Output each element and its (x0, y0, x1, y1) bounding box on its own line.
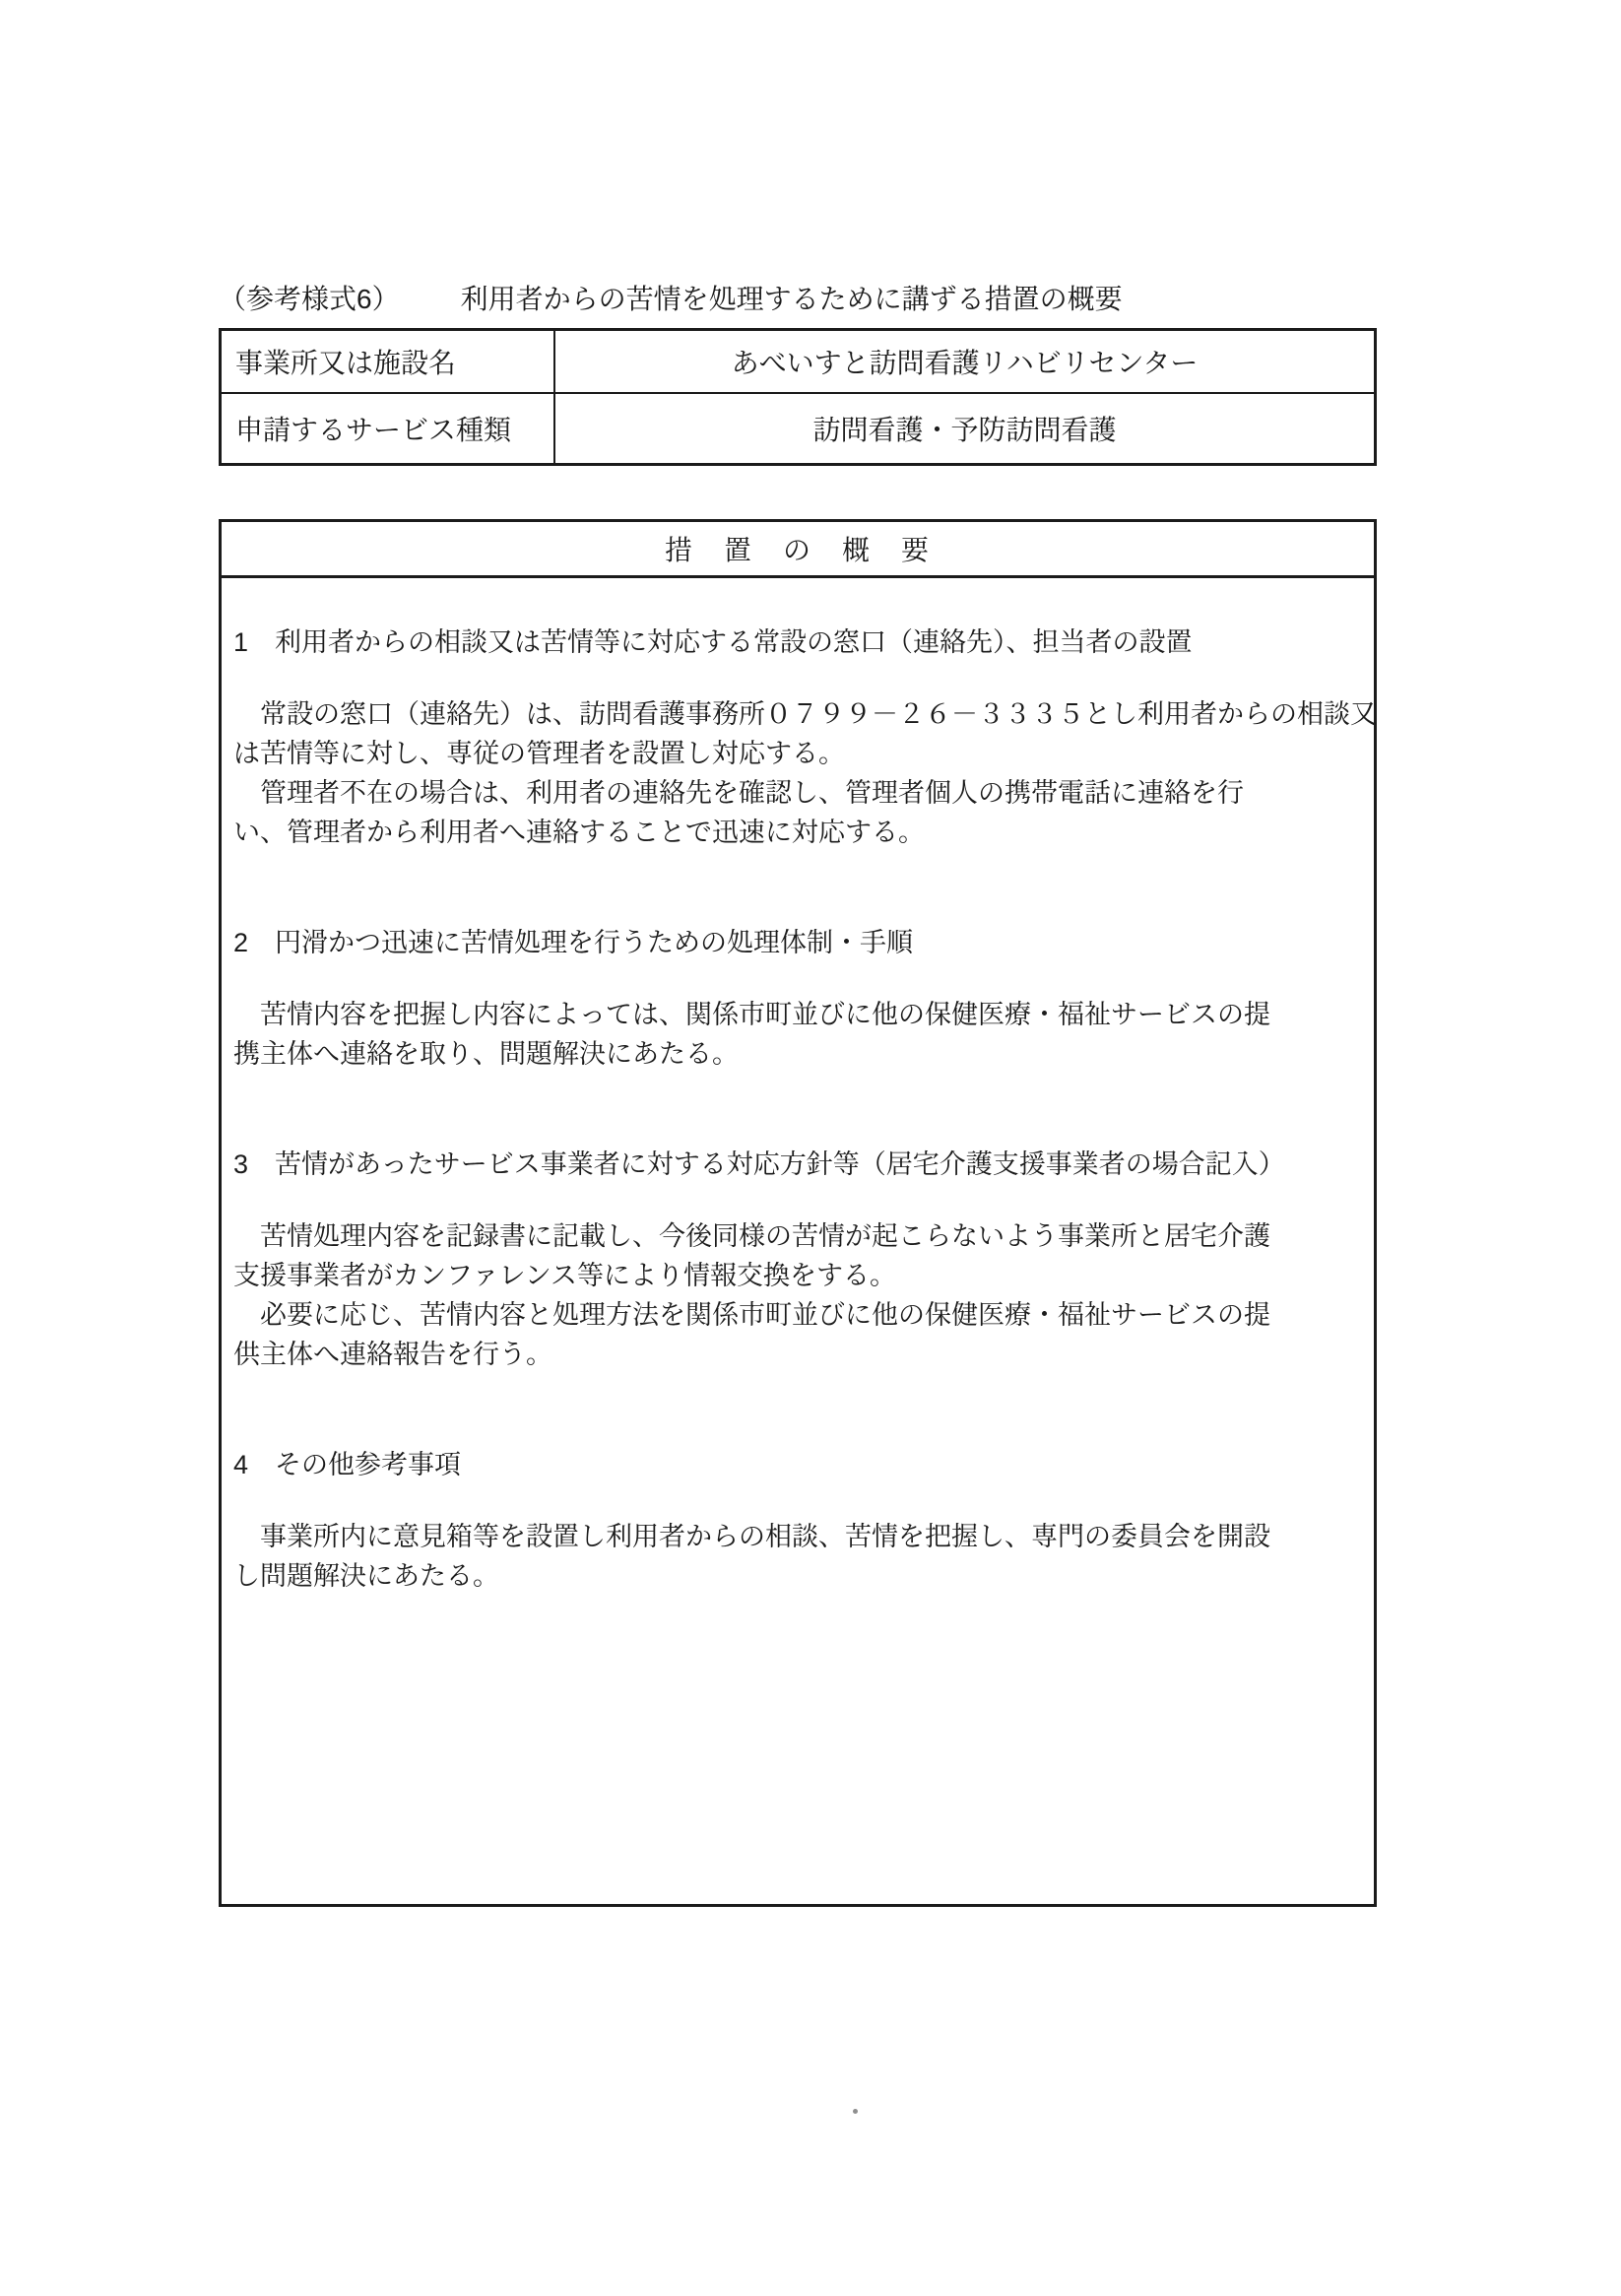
section-contact-window: 1 利用者からの相談又は苦情等に対応する常設の窓口（連絡先）、担当者の設置 常設… (233, 623, 1370, 852)
section-other-notes: 4 その他参考事項 事業所内に意見箱等を設置し利用者からの相談、苦情を把握し、専… (233, 1445, 1370, 1596)
service-type-label: 申請するサービス種類 (221, 393, 555, 465)
section-2-text: 苦情内容を把握し内容によっては、関係市町並びに他の保健医療・福祉サービスの提 携… (233, 995, 1370, 1074)
section-1-text: 常設の窓口（連絡先）は、訪問看護事務所０７９９－２６－３３３５とし利用者からの相… (233, 694, 1370, 852)
page-title: 利用者からの苦情を処理するために講ずる措置の概要 (461, 284, 1123, 314)
section-handling-procedure: 2 円滑かつ迅速に苦情処理を行うための処理体制・手順 苦情内容を把握し内容によっ… (233, 923, 1370, 1074)
table-row-facility-name: 事業所又は施設名 あべいすと訪問看護リハビリセンター (221, 330, 1376, 394)
measures-overview-box: 措 置 の 概 要 1 利用者からの相談又は苦情等に対応する常設の窓口（連絡先）… (219, 519, 1377, 1907)
scan-artifact-dot (853, 2109, 858, 2114)
facility-name-value: あべいすと訪問看護リハビリセンター (554, 330, 1376, 394)
section-4-heading: 4 その他参考事項 (233, 1445, 1370, 1484)
section-3-heading: 3 苦情があったサービス事業者に対する対応方針等（居宅介護支援事業者の場合記入） (233, 1145, 1370, 1184)
table-row-service-type: 申請するサービス種類 訪問看護・予防訪問看護 (221, 393, 1376, 465)
service-type-value: 訪問看護・予防訪問看護 (554, 393, 1376, 465)
facility-info-table: 事業所又は施設名 あべいすと訪問看護リハビリセンター 申請するサービス種類 訪問… (219, 328, 1377, 466)
scanned-document-page: （参考様式6）利用者からの苦情を処理するために講ずる措置の概要 事業所又は施設名… (0, 0, 1621, 2296)
section-response-policy: 3 苦情があったサービス事業者に対する対応方針等（居宅介護支援事業者の場合記入）… (233, 1145, 1370, 1374)
section-1-heading: 1 利用者からの相談又は苦情等に対応する常設の窓口（連絡先）、担当者の設置 (233, 623, 1370, 662)
section-4-text: 事業所内に意見箱等を設置し利用者からの相談、苦情を把握し、専門の委員会を開設 し… (233, 1517, 1370, 1596)
measures-box-title: 措 置 の 概 要 (222, 522, 1374, 578)
document-header: （参考様式6）利用者からの苦情を処理するために講ずる措置の概要 (219, 283, 1123, 316)
section-2-heading: 2 円滑かつ迅速に苦情処理を行うための処理体制・手順 (233, 923, 1370, 962)
measures-box-body: 1 利用者からの相談又は苦情等に対応する常設の窓口（連絡先）、担当者の設置 常設… (222, 578, 1374, 1596)
form-number-label: （参考様式6） (219, 284, 400, 314)
section-3-text: 苦情処理内容を記録書に記載し、今後同様の苦情が起こらないよう事業所と居宅介護 支… (233, 1216, 1370, 1374)
facility-name-label: 事業所又は施設名 (221, 330, 555, 394)
